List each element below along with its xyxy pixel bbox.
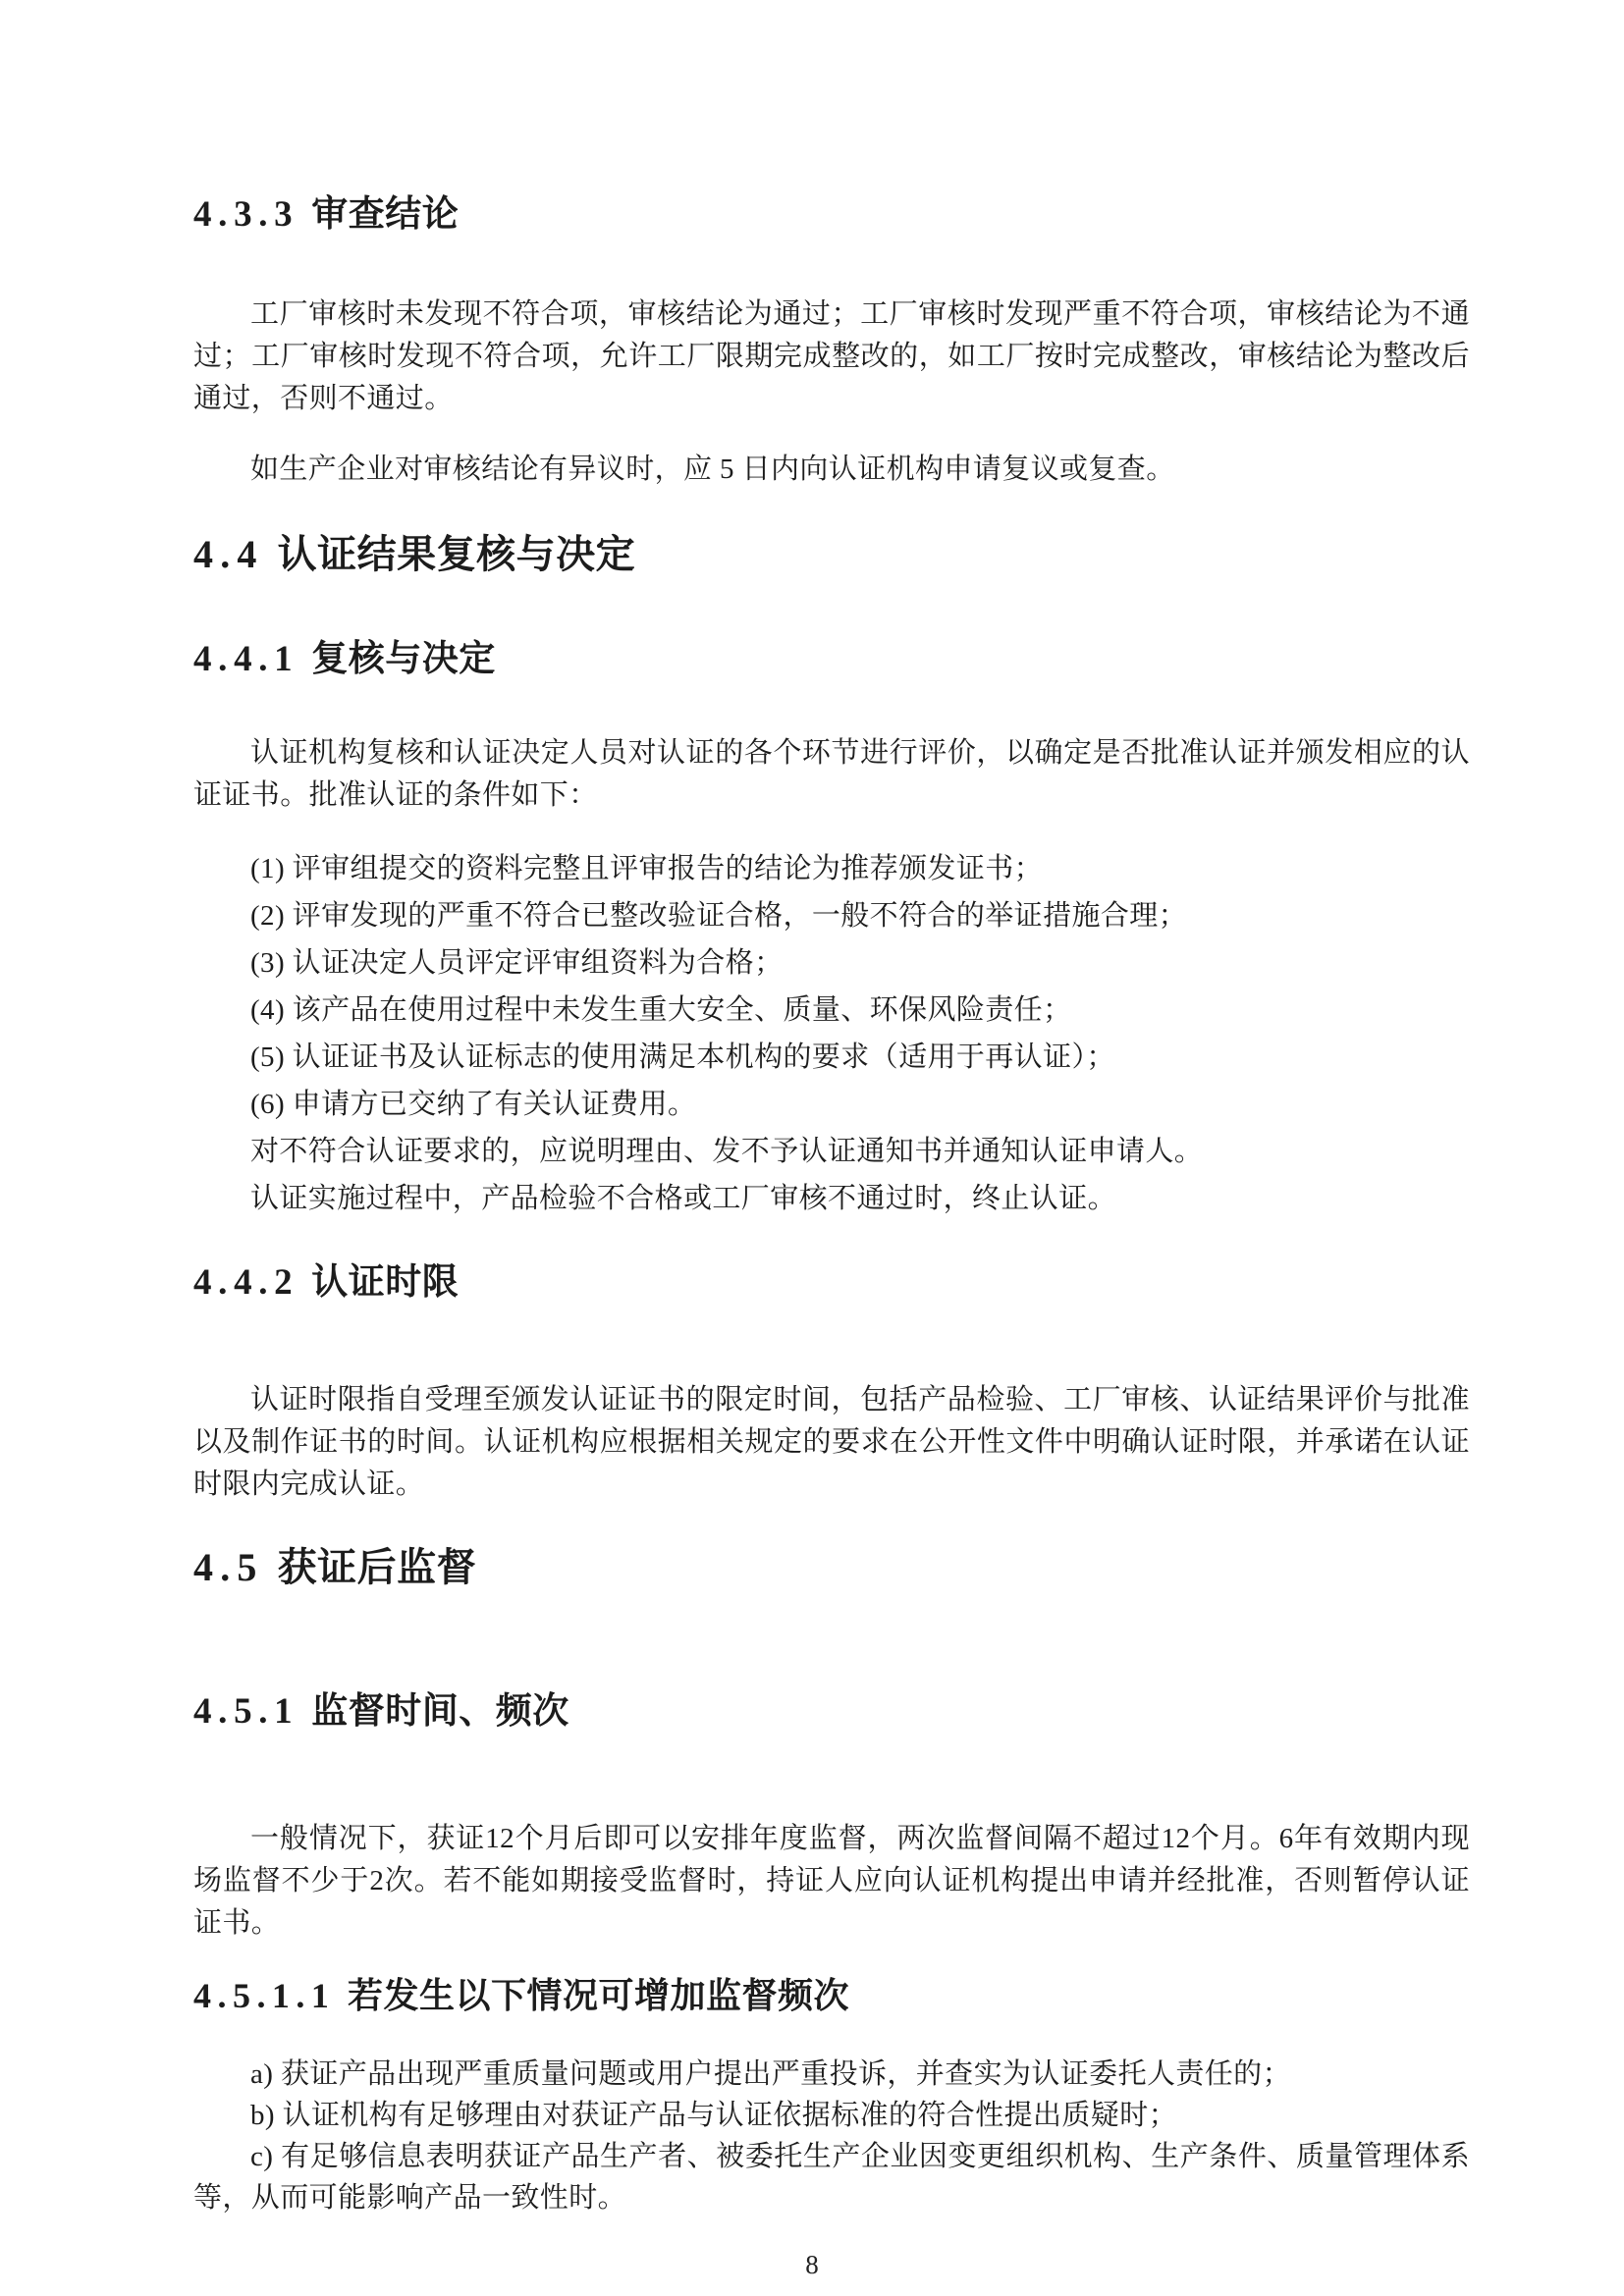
- paragraph-review-decision-intro: 认证机构复核和认证决定人员对认证的各个环节进行评价，以确定是否批准认证并颁发相应…: [193, 732, 1470, 817]
- heading-number: 4.5: [193, 1545, 264, 1589]
- heading-text: 监督时间、频次: [311, 1691, 569, 1732]
- heading-4-5-1: 4.5.1监督时间、频次: [193, 1688, 1470, 1735]
- heading-4-5-1-1: 4.5.1.1若发生以下情况可增加监督频次: [193, 1973, 1470, 2018]
- list-item: (5) 认证证书及认证标志的使用满足本机构的要求（适用于再认证）；: [193, 1034, 1470, 1081]
- list-item: (6) 申请方已交纳了有关认证费用。: [193, 1081, 1470, 1128]
- paragraph-termination: 认证实施过程中，产品检验不合格或工厂审核不通过时，终止认证。: [193, 1175, 1470, 1222]
- list-item: (2) 评审发现的严重不符合已整改验证合格，一般不符合的举证措施合理；: [193, 892, 1470, 939]
- approval-conditions-list: (1) 评审组提交的资料完整且评审报告的结论为推荐颁发证书； (2) 评审发现的…: [193, 845, 1470, 1128]
- heading-text: 若发生以下情况可增加监督频次: [348, 1976, 849, 2015]
- paragraph-certification-time-limit: 认证时限指自受理至颁发认证证书的限定时间，包括产品检验、工厂审核、认证结果评价与…: [193, 1379, 1470, 1506]
- heading-text: 认证结果复核与决定: [278, 532, 636, 576]
- list-item: (1) 评审组提交的资料完整且评审报告的结论为推荐颁发证书；: [193, 845, 1470, 892]
- paragraph-audit-conclusion: 工厂审核时未发现不符合项，审核结论为通过；工厂审核时发现严重不符合项，审核结论为…: [193, 294, 1470, 420]
- heading-number: 4.5.1.1: [193, 1976, 335, 2015]
- list-item: (4) 该产品在使用过程中未发生重大安全、质量、环保风险责任；: [193, 987, 1470, 1034]
- heading-4-4: 4.4认证结果复核与决定: [193, 530, 1470, 579]
- heading-4-4-1: 4.4.1复核与决定: [193, 636, 1470, 683]
- page-content: 4.3.3审查结论 工厂审核时未发现不符合项，审核结论为通过；工厂审核时发现严重…: [193, 191, 1470, 2218]
- paragraph-objection: 如生产企业对审核结论有异议时，应 5 日内向认证机构申请复议或复查。: [193, 449, 1470, 491]
- heading-4-3-3: 4.3.3审查结论: [193, 191, 1470, 239]
- heading-text: 审查结论: [311, 194, 459, 235]
- paragraph-supervision-frequency: 一般情况下，获证12个月后即可以安排年度监督，两次监督间隔不超过12个月。6年有…: [193, 1818, 1470, 1945]
- list-item: b) 认证机构有足够理由对获证产品与认证依据标准的符合性提出质疑时；: [193, 2095, 1470, 2136]
- list-item: a) 获证产品出现严重质量问题或用户提出严重投诉，并查实为认证委托人责任的；: [193, 2054, 1470, 2095]
- list-item: (3) 认证决定人员评定评审组资料为合格；: [193, 939, 1470, 987]
- heading-number: 4.4.2: [193, 1262, 298, 1303]
- heading-4-4-2: 4.4.2认证时限: [193, 1259, 1470, 1307]
- list-item: c) 有足够信息表明获证产品生产者、被委托生产企业因变更组织机构、生产条件、质量…: [193, 2136, 1470, 2218]
- document-page: 4.3.3审查结论 工厂审核时未发现不符合项，审核结论为通过；工厂审核时发现严重…: [0, 0, 1624, 2296]
- heading-number: 4.4: [193, 532, 264, 576]
- heading-text: 获证后监督: [278, 1545, 477, 1589]
- heading-number: 4.3.3: [193, 194, 298, 235]
- heading-number: 4.5.1: [193, 1691, 298, 1732]
- heading-4-5: 4.5获证后监督: [193, 1543, 1470, 1592]
- increased-supervision-list: a) 获证产品出现严重质量问题或用户提出严重投诉，并查实为认证委托人责任的； b…: [193, 2054, 1470, 2218]
- page-number: 8: [0, 2248, 1624, 2281]
- paragraph-nonconformity-notice: 对不符合认证要求的，应说明理由、发不予认证通知书并通知认证申请人。: [193, 1128, 1470, 1175]
- heading-text: 复核与决定: [311, 639, 496, 679]
- heading-number: 4.4.1: [193, 639, 298, 679]
- heading-text: 认证时限: [311, 1262, 459, 1303]
